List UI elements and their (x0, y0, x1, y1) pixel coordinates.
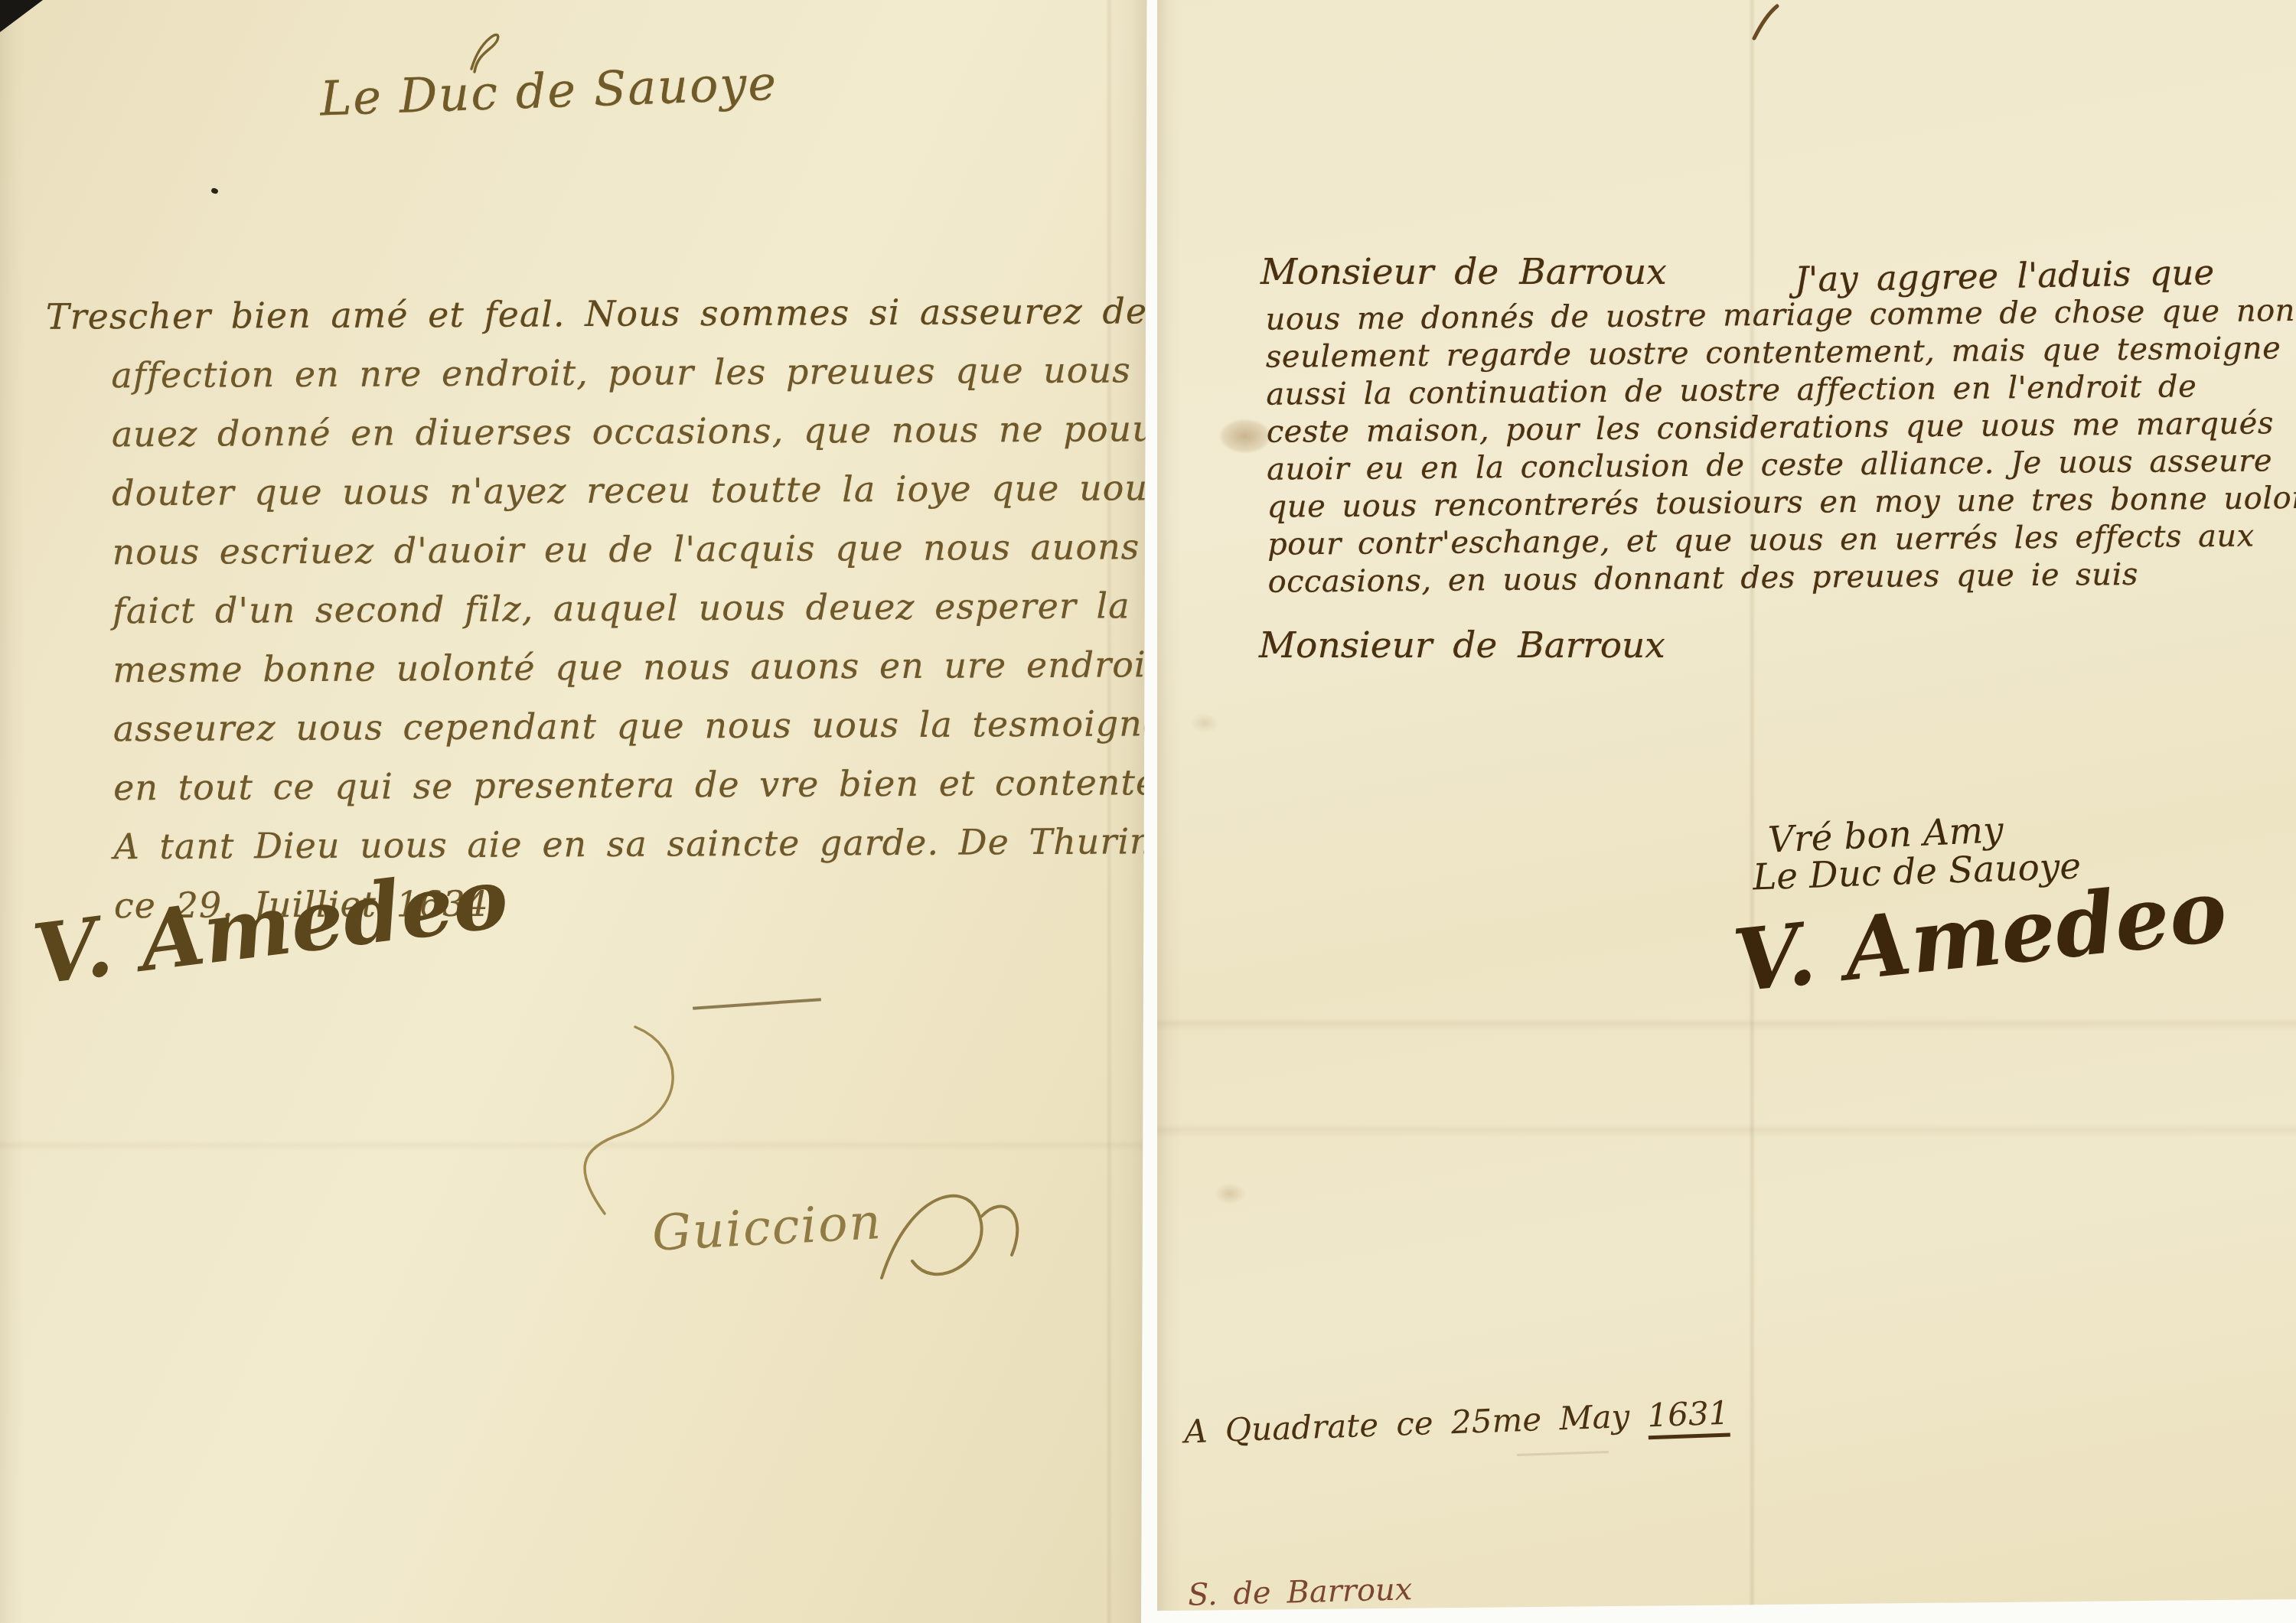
secretary-countersignature: Guiccion (651, 1194, 883, 1263)
manuscript-line: auez donné en diuerses occasions, que no… (47, 399, 1149, 464)
pen-tick-mark (1748, 5, 1782, 41)
manuscript-line: Trescher bien amé et feal. Nous sommes s… (46, 282, 1148, 347)
manuscript-line: occasions, en uous donnant des preuues q… (1267, 555, 2285, 601)
dateline-place-day: A Quadrate ce 25me May (1183, 1396, 1648, 1450)
date-underline (693, 998, 821, 1010)
letter-body: uous me donnés de uostre mariage comme d… (1265, 292, 2285, 601)
paraph-flourish (865, 1169, 1041, 1303)
letter-page-left: Le Duc de Sauoye Trescher bien amé et fe… (0, 0, 1148, 1623)
docket-note: S. de Barroux (1187, 1572, 1412, 1613)
manuscript-line: mesme bonne uolonté que nous auons en ur… (47, 635, 1150, 700)
ink-speck (210, 187, 219, 195)
dateline: A Quadrate ce 25me May 1631 (1183, 1394, 1730, 1451)
manuscript-line: A tant Dieu uous aie en sa saincte garde… (48, 812, 1150, 877)
manuscript-line: asseurez uous cependant que nous uous la… (48, 694, 1150, 759)
manuscript-line: faict d'un second filz, auquel uous deue… (47, 576, 1150, 641)
dateline-year: 1631 (1647, 1394, 1730, 1440)
manuscript-line: nous escriuez d'auoir eu de l'acquis que… (47, 517, 1149, 582)
faint-underline (1517, 1451, 1609, 1456)
letter-page-right: Monsieur de Barroux J'ay aggree l'aduis … (1157, 0, 2296, 1623)
salutation: Monsieur de Barroux (1261, 251, 1667, 293)
manuscript-line: douter que uous n'ayez receu toutte la i… (47, 458, 1149, 523)
readdress-line: Monsieur de Barroux (1259, 624, 1665, 666)
letter-body: Trescher bien amé et feal. Nous sommes s… (46, 282, 1151, 936)
manuscript-line: affection en nre endroit, pour les preuu… (46, 341, 1148, 406)
pen-flourish (490, 1018, 719, 1217)
opening-line: J'ay aggree l'aduis que (1795, 252, 2215, 300)
letter-heading: Le Duc de Sauoye (319, 55, 778, 127)
manuscript-line: en tout ce qui se presentera de vre bien… (48, 753, 1150, 818)
